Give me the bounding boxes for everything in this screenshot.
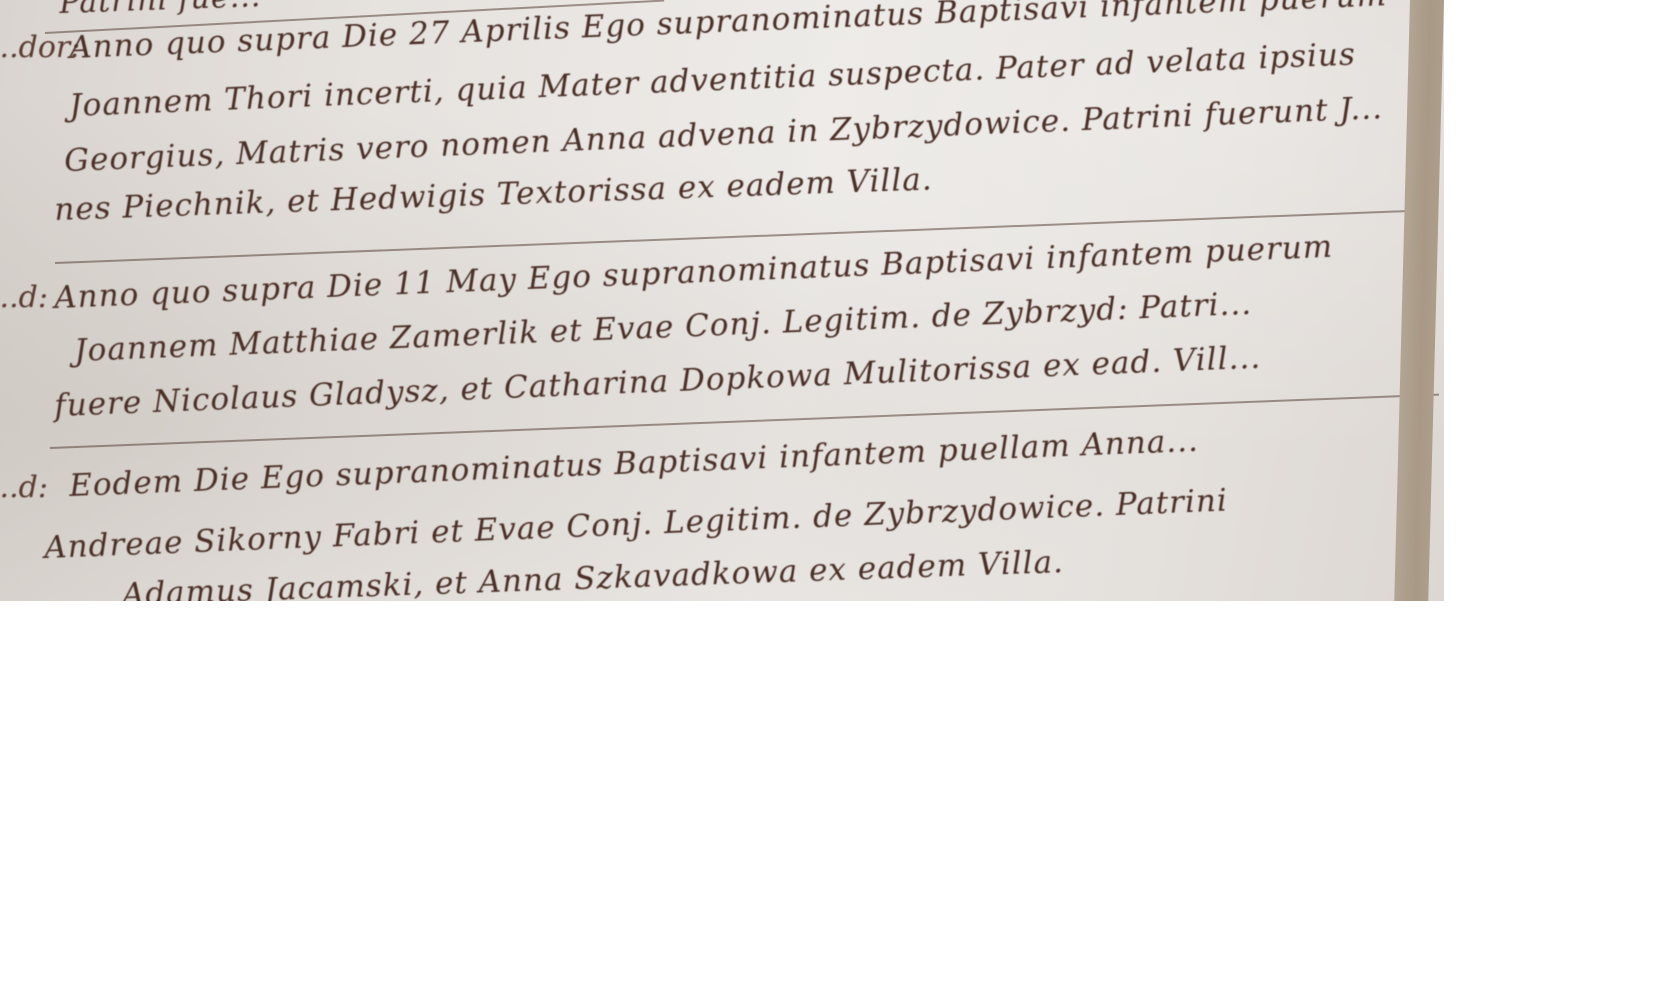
- margin-note-3: ...d:: [0, 470, 48, 505]
- manuscript-photo: Patrini fue... ...dor: Anno quo supra Di…: [0, 0, 1444, 601]
- page-edge-border: [1394, 0, 1444, 601]
- margin-note-2: ...d:: [0, 280, 48, 315]
- header-fragment: Patrini fue...: [59, 0, 262, 21]
